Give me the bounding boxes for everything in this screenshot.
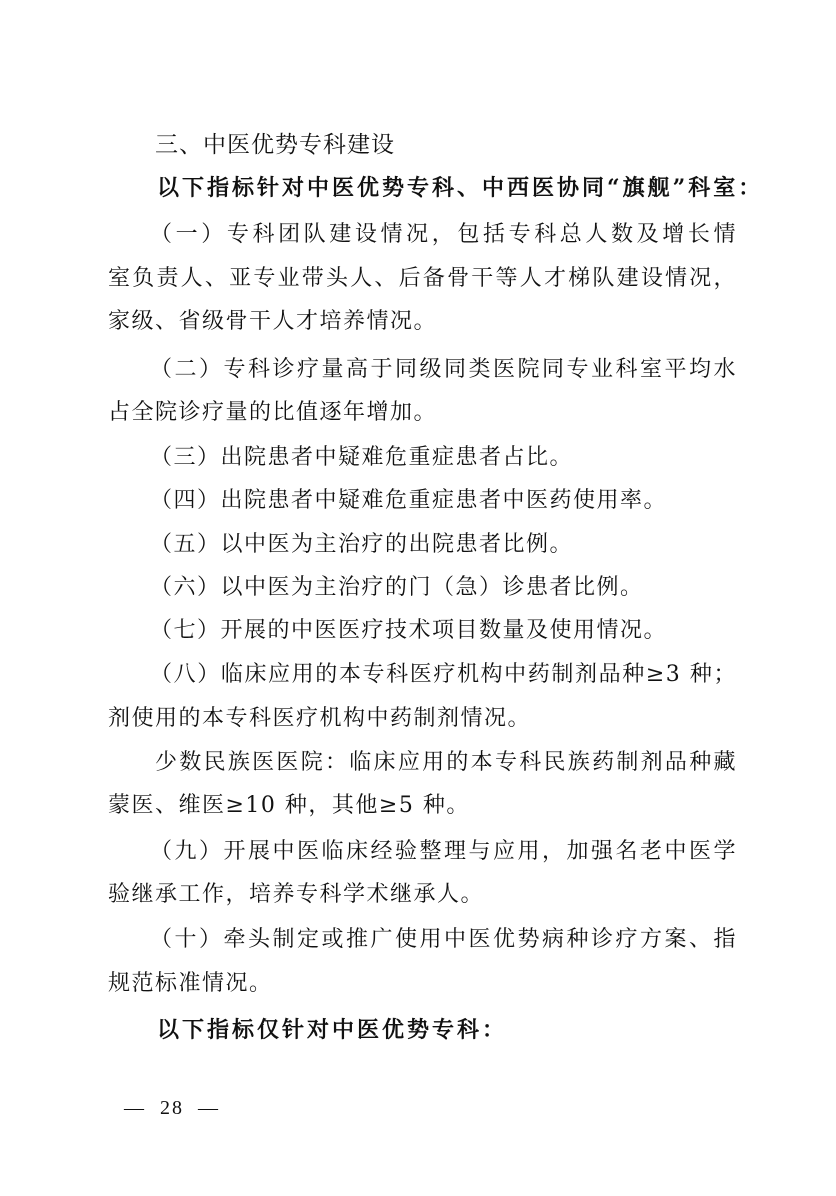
item-8-line-1: （八）临床应用的本专科医疗机构中药制剂品种≥3 种；调: [150, 659, 737, 691]
item-10-line-2: 规范标准情况。: [108, 968, 273, 1000]
outro-subheading: 以下指标仅针对中医优势专科：: [157, 1014, 507, 1046]
document-page: 三、中医优势专科建设 以下指标针对中医优势专科、中西医协同“旗舰”科室： （一）…: [0, 0, 836, 1196]
item-1-line-1: （一）专科团队建设情况，包括专科总人数及增长情况，科: [150, 219, 737, 251]
item-9-line-2: 验继承工作，培养专科学术继承人。: [108, 879, 484, 911]
item-1-line-3: 家级、省级骨干人才培养情况。: [108, 306, 437, 338]
item-1-line-2: 室负责人、亚专业带头人、后备骨干等人才梯队建设情况，国: [108, 263, 737, 295]
item-10-line-1: （十）牵头制定或推广使用中医优势病种诊疗方案、指南等: [150, 924, 737, 956]
item-5: （五）以中医为主治疗的出院患者比例。: [150, 529, 573, 561]
item-9-line-1: （九）开展中医临床经验整理与应用，加强名老中医学术经: [150, 836, 737, 868]
minority-note-line-2: 蒙医、维医≥10 种，其他≥5 种。: [108, 790, 470, 822]
minority-note-line-1: 少数民族医医院：临床应用的本专科民族药制剂品种藏医、: [155, 747, 737, 779]
item-2-line-2: 占全院诊疗量的比值逐年增加。: [108, 397, 437, 429]
section-heading: 三、中医优势专科建设: [155, 129, 395, 161]
item-6: （六）以中医为主治疗的门（急）诊患者比例。: [150, 572, 644, 604]
item-8-line-2: 剂使用的本专科医疗机构中药制剂情况。: [108, 703, 531, 735]
item-3: （三）出院患者中疑难危重症患者占比。: [150, 442, 573, 474]
page-number: — 28 —: [124, 1092, 220, 1124]
intro-subheading: 以下指标针对中医优势专科、中西医协同“旗舰”科室：: [157, 172, 763, 204]
item-2-line-1: （二）专科诊疗量高于同级同类医院同专业科室平均水平，: [150, 354, 737, 386]
item-7: （七）开展的中医医疗技术项目数量及使用情况。: [150, 615, 667, 647]
item-4: （四）出院患者中疑难危重症患者中医药使用率。: [150, 485, 667, 517]
